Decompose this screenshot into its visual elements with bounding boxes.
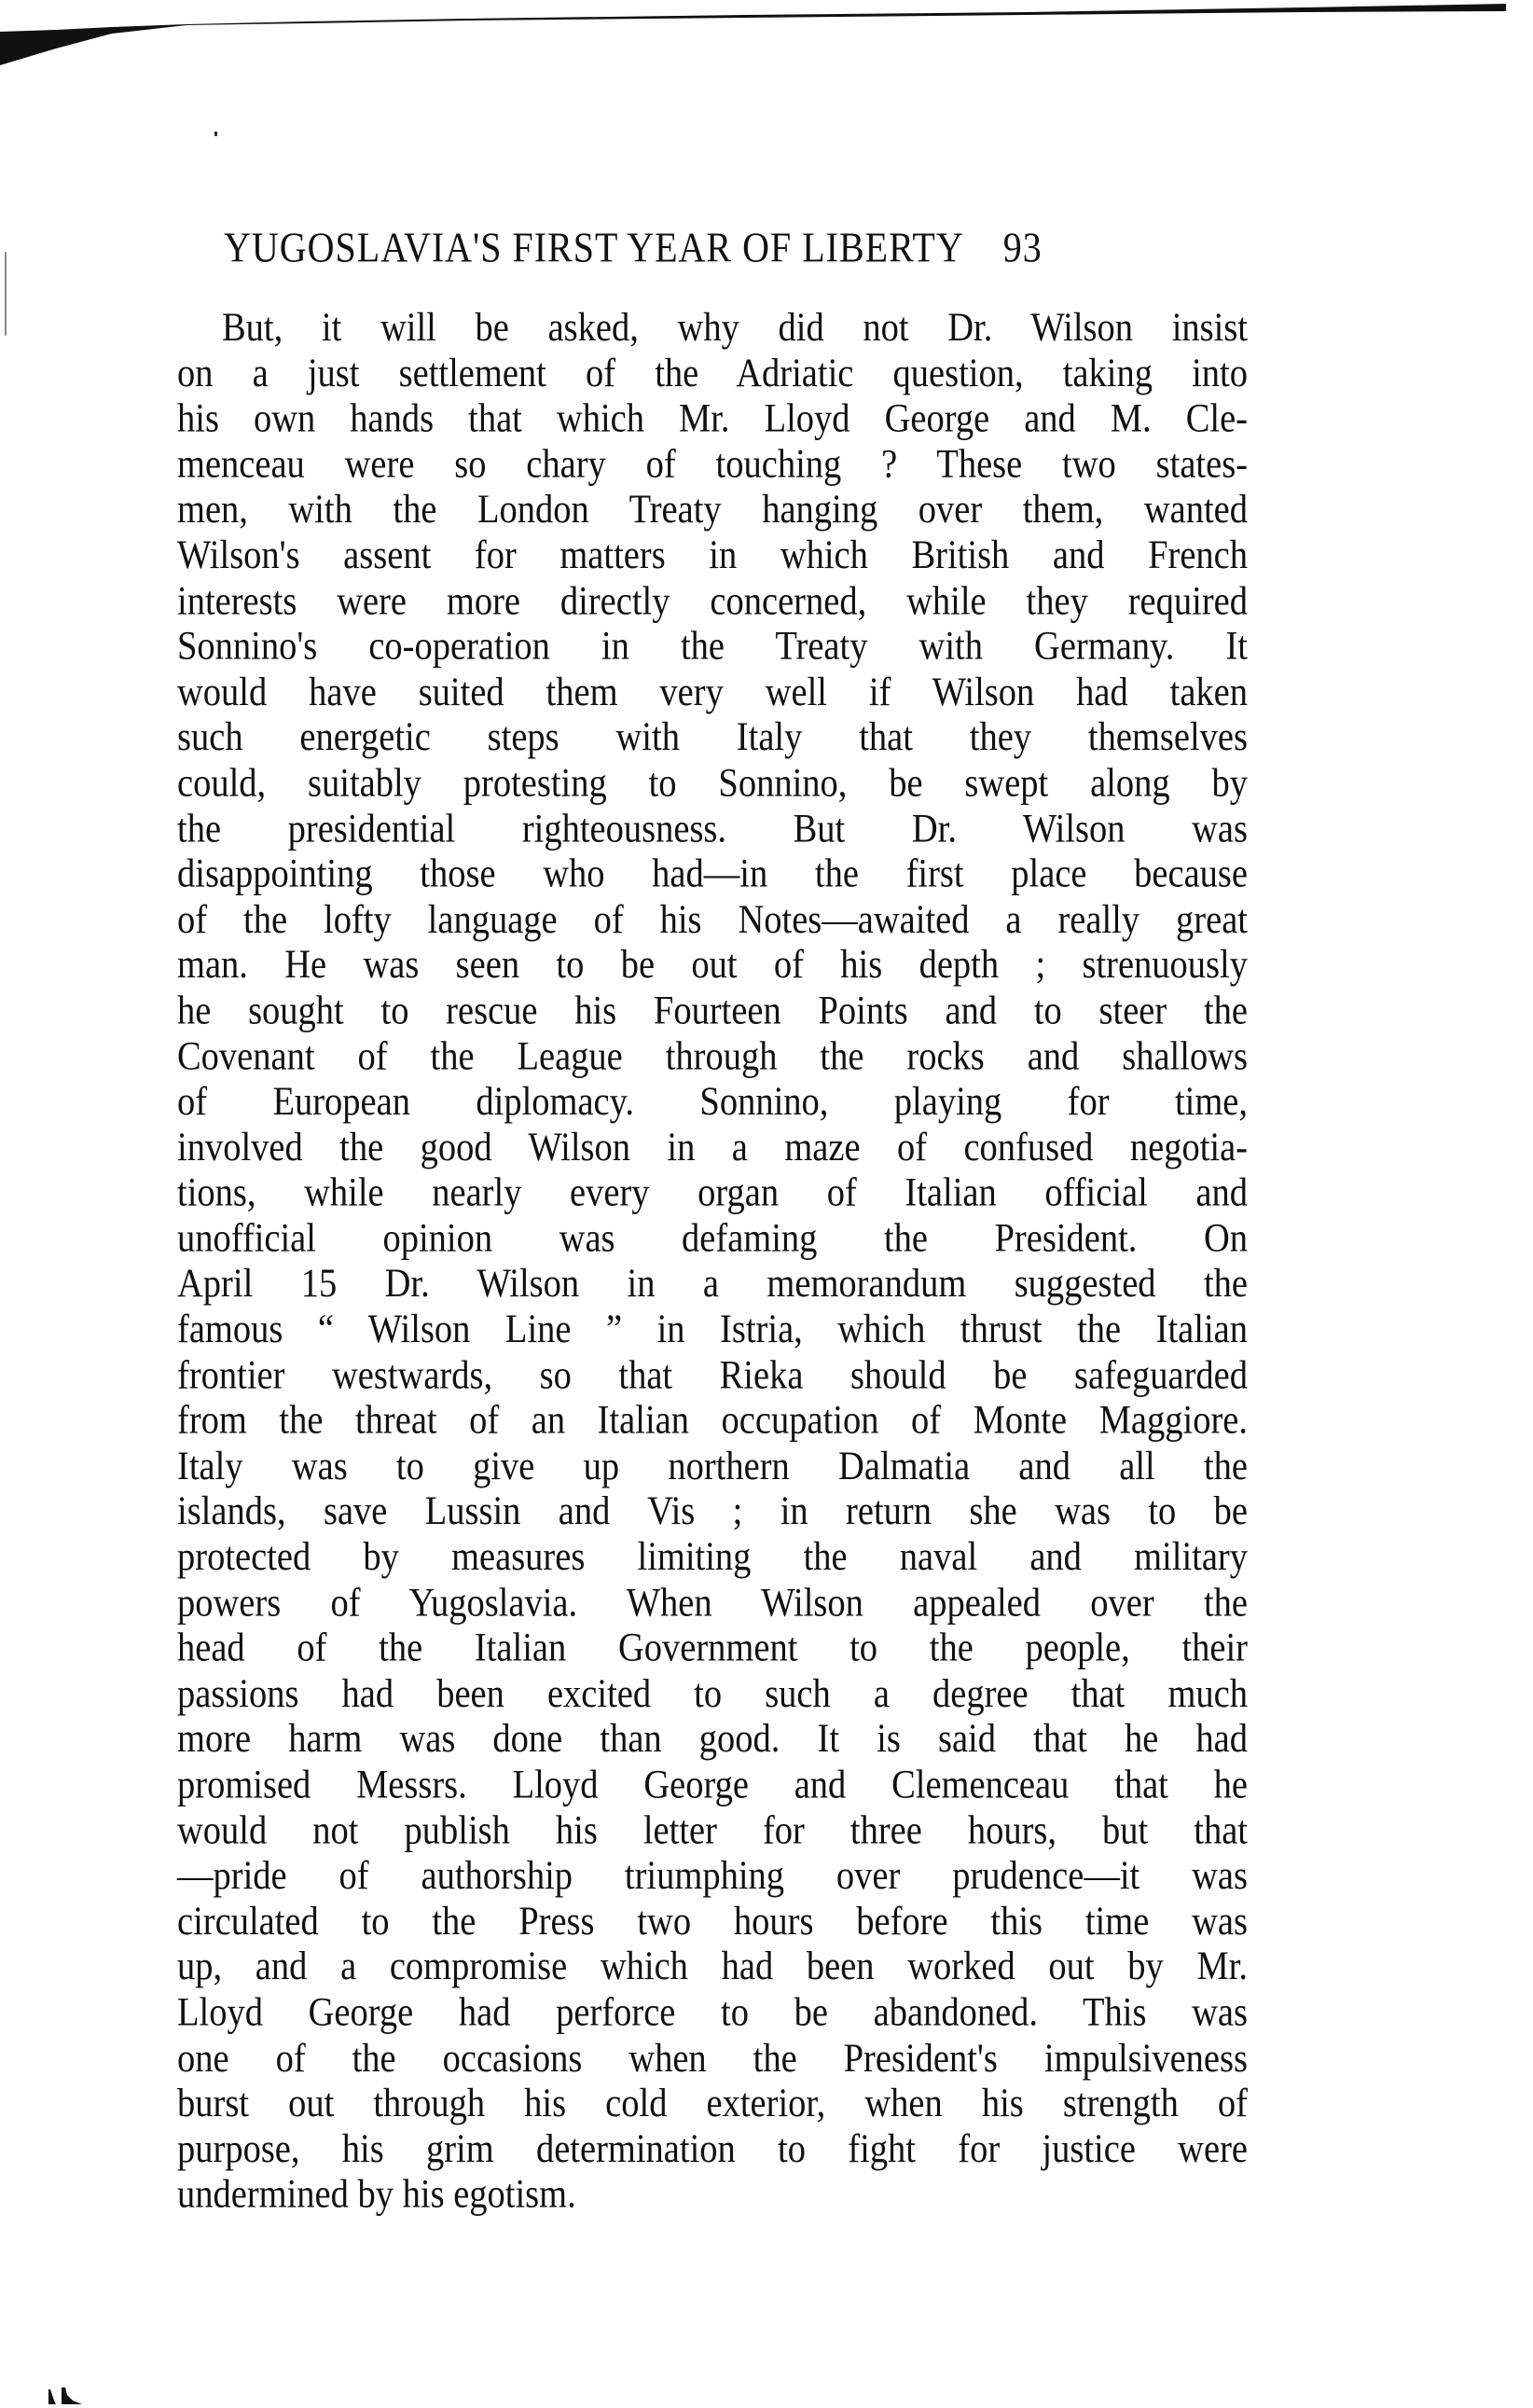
text-line: tions, while nearly every organ of Itali… [177, 1171, 1248, 1217]
page-number: 93 [1003, 222, 1043, 272]
text-line: Covenant of the League through the rocks… [177, 1034, 1248, 1080]
text-line: Wilson's assent for matters in which Bri… [177, 533, 1248, 579]
text-line: head of the Italian Government to the pe… [177, 1626, 1248, 1672]
text-line: Lloyd George had perforce to be abandone… [177, 1991, 1248, 2037]
body-paragraph: But, it will be asked, why did not Dr. W… [177, 306, 1248, 2219]
text-line: menceau were so chary of touching ? Thes… [177, 442, 1248, 488]
text-line: islands, save Lussin and Vis ; in return… [177, 1489, 1248, 1535]
running-title: YUGOSLAVIA'S FIRST YEAR OF LIBERTY [224, 222, 964, 272]
scan-shadow-edge [0, 0, 1533, 75]
text-line: But, it will be asked, why did not Dr. W… [177, 306, 1248, 352]
text-line: purpose, his grim determination to fight… [177, 2127, 1248, 2173]
text-line: would have suited them very well if Wils… [177, 671, 1248, 716]
text-line: powers of Yugoslavia. When Wilson appeal… [177, 1581, 1248, 1626]
text-line: men, with the London Treaty hanging over… [177, 488, 1248, 533]
text-line: would not publish his letter for three h… [177, 1808, 1248, 1854]
text-line: he sought to rescue his Fourteen Points … [177, 989, 1248, 1034]
text-line: circulated to the Press two hours before… [177, 1900, 1248, 1945]
text-line: up, and a compromise which had been work… [177, 1945, 1248, 1991]
text-line: burst out through his cold exterior, whe… [177, 2082, 1248, 2127]
text-line: —pride of authorship triumphing over pru… [177, 1854, 1248, 1900]
text-line: on a just settlement of the Adriatic que… [177, 352, 1248, 397]
text-line: interests were more directly concerned, … [177, 579, 1248, 625]
text-line: of the lofty language of his Notes—await… [177, 898, 1248, 944]
text-line: undermined by his egotism. [177, 2173, 1248, 2219]
scan-artifact-mark [47, 2387, 89, 2408]
text-line: such energetic steps with Italy that the… [177, 715, 1248, 761]
text-line: of European diplomacy. Sonnino, playing … [177, 1080, 1248, 1126]
text-line: unofficial opinion was defaming the Pres… [177, 1217, 1248, 1263]
scan-margin-line [5, 252, 7, 336]
text-line: promised Messrs. Lloyd George and Clemen… [177, 1763, 1248, 1808]
text-line: could, suitably protesting to Sonnino, b… [177, 761, 1248, 807]
text-line: Sonnino's co-operation in the Treaty wit… [177, 625, 1248, 671]
text-line: his own hands that which Mr. Lloyd Georg… [177, 397, 1248, 443]
text-line: April 15 Dr. Wilson in a memorandum sugg… [177, 1262, 1248, 1308]
text-line: Italy was to give up northern Dalmatia a… [177, 1445, 1248, 1490]
text-line: man. He was seen to be out of his depth … [177, 944, 1248, 989]
text-line: the presidential righteousness. But Dr. … [177, 807, 1248, 852]
text-line: disappointing those who had—in the first… [177, 852, 1248, 898]
scan-margin-marks [0, 224, 28, 336]
scan-speck [214, 131, 217, 136]
text-line: more harm was done than good. It is said… [177, 1718, 1248, 1764]
text-line: one of the occasions when the President'… [177, 2036, 1248, 2082]
text-line: frontier westwards, so that Rieka should… [177, 1353, 1248, 1399]
text-line: passions had been excited to such a degr… [177, 1672, 1248, 1718]
running-head: YUGOSLAVIA'S FIRST YEAR OF LIBERTY 93 [224, 222, 1250, 286]
text-line: from the threat of an Italian occupation… [177, 1399, 1248, 1445]
text-line: famous “ Wilson Line ” in Istria, which … [177, 1308, 1248, 1353]
text-line: protected by measures limiting the naval… [177, 1535, 1248, 1581]
text-line: involved the good Wilson in a maze of co… [177, 1126, 1248, 1171]
